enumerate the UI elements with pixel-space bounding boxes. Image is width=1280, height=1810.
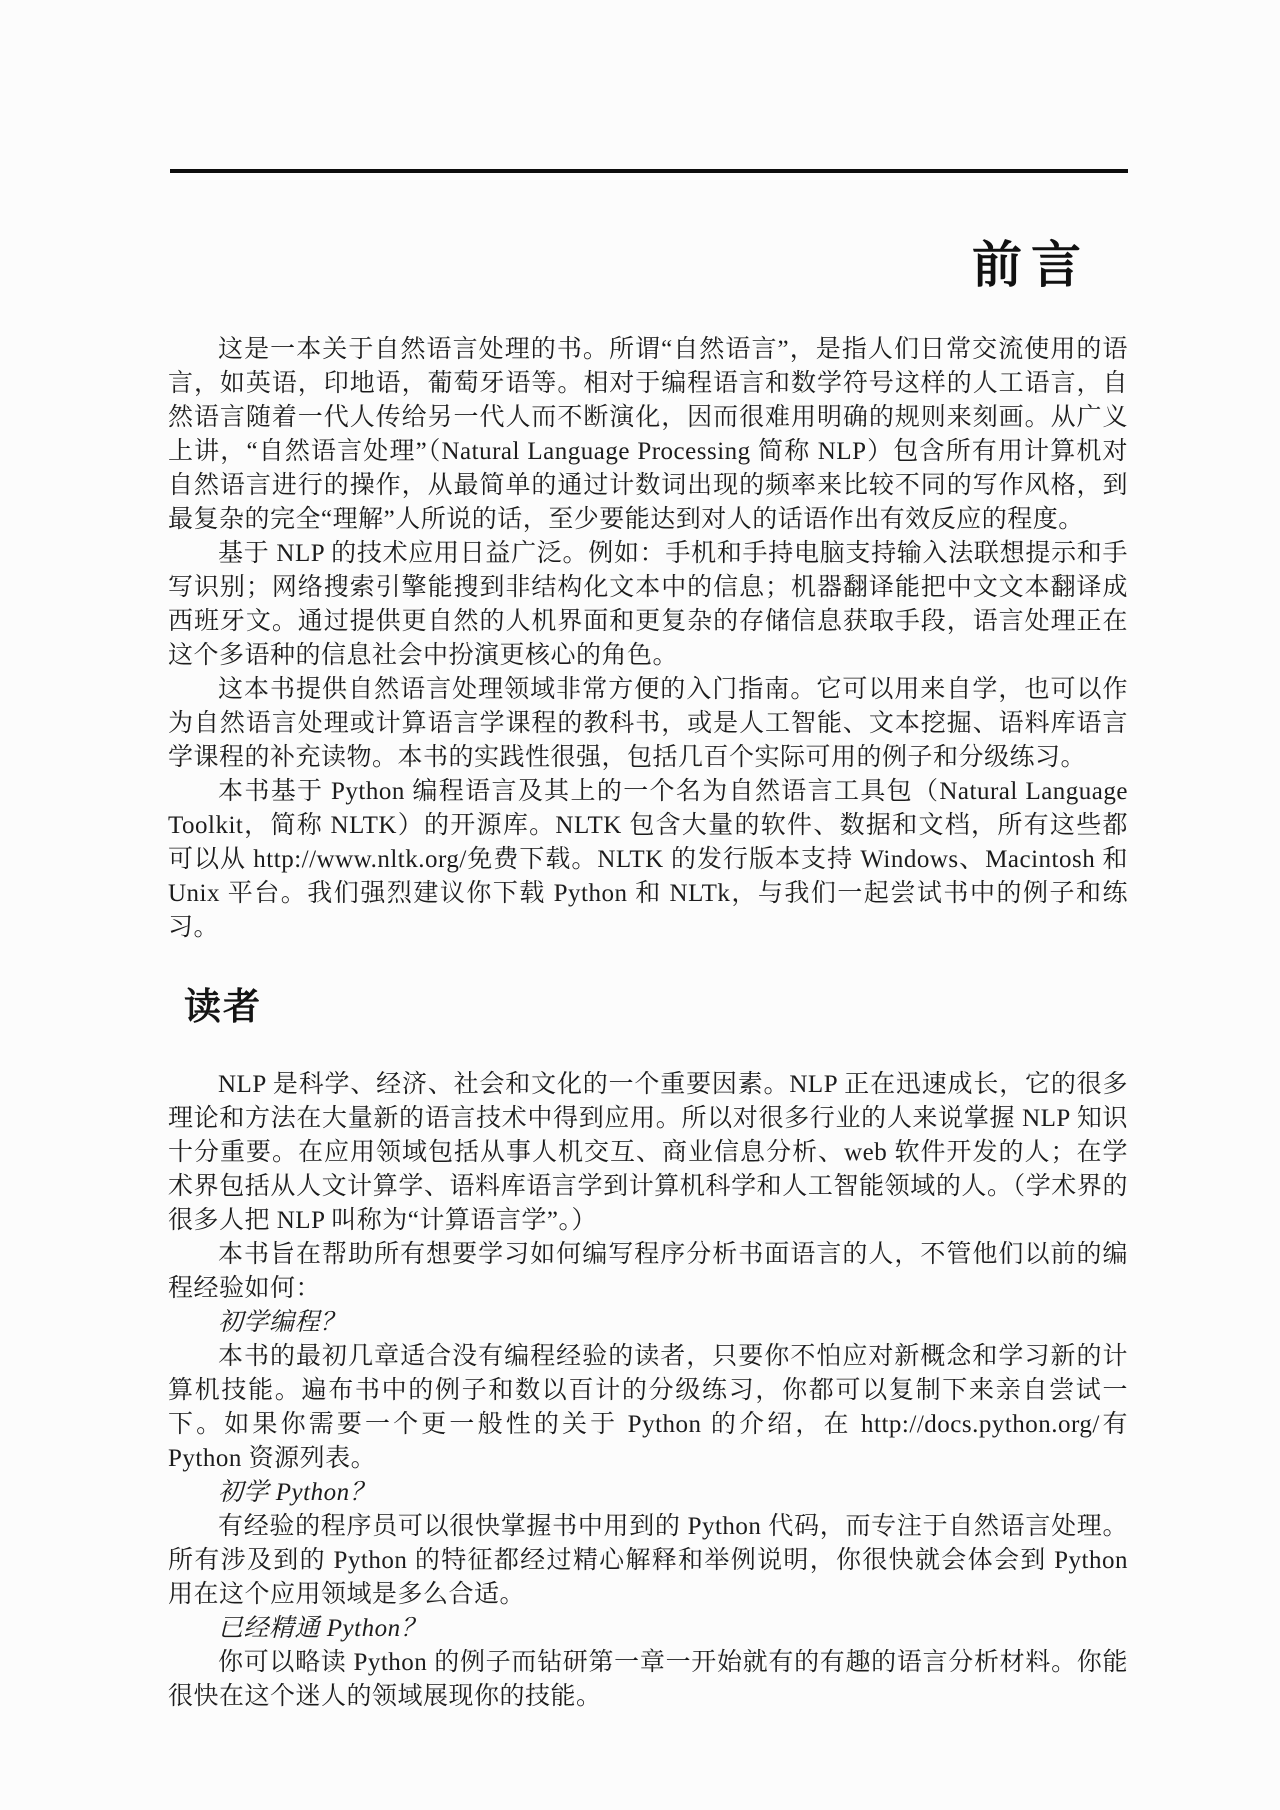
qa-answer: 你可以略读 Python 的例子而钻研第一章一开始就有的有趣的语言分析材料。你能… bbox=[168, 1646, 1128, 1714]
qa-answer: 本书的最初几章适合没有编程经验的读者，只要你不怕应对新概念和学习新的计算机技能。… bbox=[168, 1340, 1128, 1476]
qa-answer: 有经验的程序员可以很快掌握书中用到的 Python 代码，而专注于自然语言处理。… bbox=[168, 1510, 1128, 1612]
readers-paragraph: 本书旨在帮助所有想要学习如何编写程序分析书面语言的人，不管他们以前的编程经验如何… bbox=[168, 1238, 1128, 1306]
readers-paragraph: NLP 是科学、经济、社会和文化的一个重要因素。NLP 正在迅速成长，它的很多理… bbox=[168, 1068, 1128, 1238]
page-body: 这是一本关于自然语言处理的书。所谓“自然语言”，是指人们日常交流使用的语言，如英… bbox=[168, 333, 1128, 1714]
header-rule bbox=[170, 169, 1128, 173]
qa-question: 初学编程？ bbox=[168, 1306, 1128, 1340]
qa-question: 已经精通 Python？ bbox=[168, 1612, 1128, 1646]
readers-qa: 初学编程？本书的最初几章适合没有编程经验的读者，只要你不怕应对新概念和学习新的计… bbox=[168, 1306, 1128, 1714]
preface-paragraph: 本书基于 Python 编程语言及其上的一个名为自然语言工具包（Natural … bbox=[168, 775, 1128, 945]
page-title: 前言 bbox=[170, 234, 1128, 296]
qa-question: 初学 Python？ bbox=[168, 1476, 1128, 1510]
section-heading-readers: 读者 bbox=[184, 987, 1128, 1027]
scanned-book-page: 前言 这是一本关于自然语言处理的书。所谓“自然语言”，是指人们日常交流使用的语言… bbox=[0, 0, 1280, 1810]
preface-paragraph: 这本书提供自然语言处理领域非常方便的入门指南。它可以用来自学，也可以作为自然语言… bbox=[168, 673, 1128, 775]
preface-paragraph: 这是一本关于自然语言处理的书。所谓“自然语言”，是指人们日常交流使用的语言，如英… bbox=[168, 333, 1128, 537]
readers-intro: NLP 是科学、经济、社会和文化的一个重要因素。NLP 正在迅速成长，它的很多理… bbox=[168, 1068, 1128, 1306]
preface-paragraph: 基于 NLP 的技术应用日益广泛。例如：手机和手持电脑支持输入法联想提示和手写识… bbox=[168, 537, 1128, 673]
preface-paragraphs: 这是一本关于自然语言处理的书。所谓“自然语言”，是指人们日常交流使用的语言，如英… bbox=[168, 333, 1128, 945]
